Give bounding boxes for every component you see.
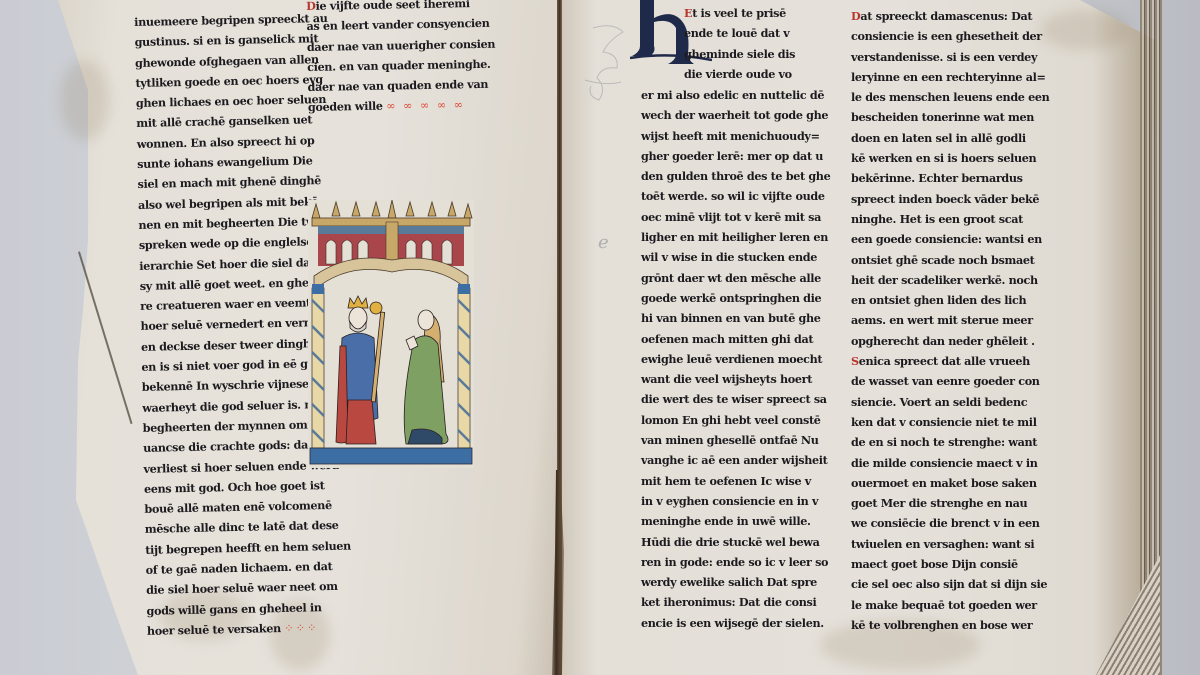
text-line: wech der waerheit tot gode ghe <box>641 105 830 125</box>
rubric-ornament: ⁘⁘⁘ <box>284 621 318 635</box>
text-line: Hūdi die drie stuckē wel bewa <box>641 532 830 552</box>
text-line: ouermoet en maket bose saken <box>851 473 1049 493</box>
text-line: die milde consiencie maect v in <box>851 453 1049 473</box>
pencil-letter-e: e <box>598 232 609 253</box>
text-line: de en si noch te strenghe: want <box>851 432 1049 452</box>
text-line-content: goeden wille <box>308 99 383 114</box>
text-line: consiencie is een ghesetheit der <box>851 26 1049 46</box>
text-line: ken dat v consiencie niet te mil <box>851 412 1049 432</box>
text-line: ninghe. Het is een groot scat <box>851 209 1049 229</box>
text-line: aems. en wert mit sterue meer <box>851 310 1049 330</box>
rubric-ornament: ∞ ∞ ∞ ∞ ∞ <box>386 99 465 113</box>
foxing-stain <box>60 60 110 140</box>
text-line: heit der scadeliker werkē. noch <box>851 270 1049 290</box>
text-line: grōnt daer wt den mēsche alle <box>641 268 830 288</box>
text-line: hi van binnen en van butē ghe <box>641 308 830 328</box>
rubricated-initial: D <box>851 9 860 23</box>
middle-text-column: Die vijfte oude seet iheremi as en leert… <box>306 0 496 118</box>
right-column-1-beside-initial: Et is veel te prisē ende te louē dat v g… <box>684 3 795 84</box>
text-line: ewighe leuē verdienen moecht <box>641 349 830 369</box>
text-line: den gulden throē des te bet ghe <box>641 166 830 186</box>
text-line: gods willē gans en gheheel in <box>146 596 352 621</box>
text-line: we consiēcie die brenct v in een <box>851 513 1049 533</box>
text-line: toēt werde. so wil ic vijfte oude <box>641 186 830 206</box>
text-line: goet Mer die strenghe en nau <box>851 493 1049 513</box>
text-line: oefenen mach mitten ghi dat <box>641 329 830 349</box>
text-line: gheminde siele dis <box>684 44 795 64</box>
text-line-content: hoer seluē te versaken <box>147 621 281 638</box>
rubricated-initial: S <box>851 354 859 368</box>
text-line: in v eyghen consiencie en in v <box>641 491 830 511</box>
text-line: hoer seluē te versaken ⁘⁘⁘ <box>147 616 353 641</box>
text-line: want die veel wijsheyts hoert <box>641 369 830 389</box>
text-line: doen en laten sel in allē godli <box>851 128 1049 148</box>
text-line: ren in gode: ende so ic v leer so <box>641 552 830 572</box>
text-line: en ontsiet ghen liden des lich <box>851 290 1049 310</box>
text-line: Senica spreect dat alle vrueeh <box>851 351 1049 371</box>
text-line: er mi also edelic en nuttelic dē <box>641 85 830 105</box>
pencil-scribble <box>575 20 635 130</box>
text-line: van minen ghesellē ontfaē Nu <box>641 430 830 450</box>
text-line: daer nae van quaden ende van <box>307 74 496 98</box>
text-line: bekērinne. Echter bernardus <box>851 168 1049 188</box>
text-line: goeden wille ∞ ∞ ∞ ∞ ∞ <box>308 94 497 118</box>
text-line: leryinne en een rechteryinne al= <box>851 67 1049 87</box>
text-line: encie is een wijsegē der sielen. <box>641 613 830 633</box>
text-line: spreect inden boeck vāder bekē <box>851 189 1049 209</box>
right-text-column-2: Dat spreeckt damascenus: Dat consiencie … <box>851 6 1049 635</box>
text-line: die wert des te wiser spreect sa <box>641 389 830 409</box>
text-line: twiuelen en versaghen: want si <box>851 534 1049 554</box>
text-line: oec minē vlijt tot v kerē mit sa <box>641 207 830 227</box>
text-line: de wasset van eenre goeder con <box>851 371 1049 391</box>
text-line: verstandenisse. si is een verdey <box>851 47 1049 67</box>
text-line: goede werkē ontspringhen die <box>641 288 830 308</box>
text-line: gher goeder lerē: mer op dat u <box>641 146 830 166</box>
open-book-photo: inuemeere begripen spreeckt au gustinus.… <box>0 0 1200 675</box>
text-line: die vierde oude vo <box>684 64 795 84</box>
foxing-stain <box>1040 10 1130 50</box>
text-line: lomon En ghi hebt veel constē <box>641 410 830 430</box>
text-line: as en leert vander consyencien <box>306 13 495 37</box>
rubricated-initial: D <box>306 0 316 13</box>
text-line: le des menschen leuens ende een <box>851 87 1049 107</box>
text-line: ket iheronimus: Dat die consi <box>641 592 830 612</box>
text-line: ligher en mit heiligher leren en <box>641 227 830 247</box>
text-line: vanghe ic aē een ander wijsheit <box>641 450 830 470</box>
rubricated-initial: E <box>684 6 692 20</box>
text-line: Et is veel te prisē <box>684 3 795 23</box>
text-line: kē werken en si is hoers seluen <box>851 148 1049 168</box>
text-line: opgherecht dan neder ghēleit . <box>851 331 1049 351</box>
text-line: mit hem te oefenen Ic wise v <box>641 471 830 491</box>
text-line: le make bequaē tot goeden wer <box>851 595 1049 615</box>
woodcut-king-and-woman <box>308 200 474 468</box>
text-line: siencie. Voert an seldi bedenc <box>851 392 1049 412</box>
text-line: ende te louē dat v <box>684 23 795 43</box>
text-line: werdy ewelike salich Dat spre <box>641 572 830 592</box>
text-line: een goede consiencie: wantsi en <box>851 229 1049 249</box>
text-line: meninghe ende in uwē wille. <box>641 511 830 531</box>
text-line: wil v wise in die stucken ende <box>641 247 830 267</box>
right-text-column-1: er mi also edelic en nuttelic dē wech de… <box>641 85 830 633</box>
text-line: ontsiet ghē scade noch bsmaet <box>851 250 1049 270</box>
text-line: kē te volbrenghen en bose wer <box>851 615 1049 635</box>
text-line: cie sel oec also sijn dat si dijn sie <box>851 574 1049 594</box>
text-line: Dat spreeckt damascenus: Dat <box>851 6 1049 26</box>
text-line: maect goet bose Dijn consiē <box>851 554 1049 574</box>
text-line: wijst heeft mit menichuoudy= <box>641 126 830 146</box>
text-line: bescheiden tonerinne wat men <box>851 107 1049 127</box>
